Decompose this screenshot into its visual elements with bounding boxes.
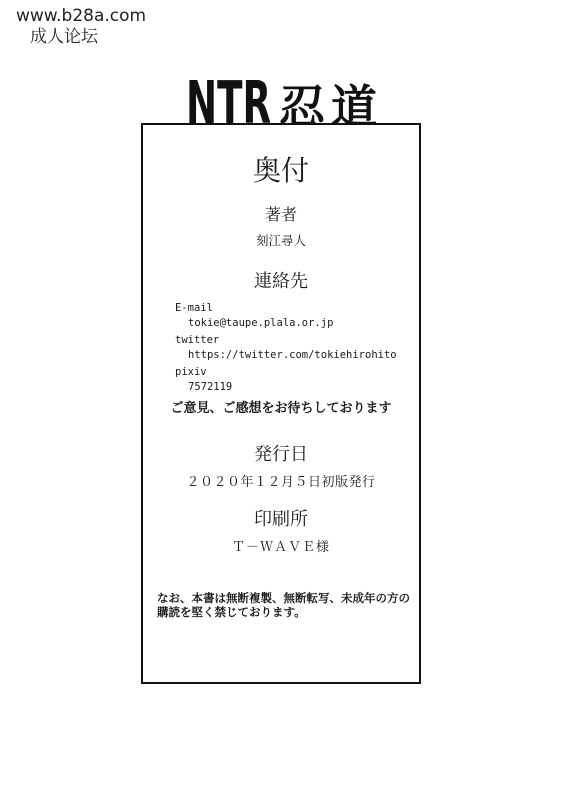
feedback-note: ご意見、ご感想をお待ちしております [143,402,419,417]
contact-item-pixiv: pixiv 7572119 [175,365,397,395]
contact-item-value: tokie@taupe.plala.or.jp [175,316,397,331]
watermark-site-url: www.b28a.com [16,6,146,27]
contact-item-label: pixiv [175,365,397,380]
contact-item-value: 7572119 [175,380,397,395]
contact-item-value: https://twitter.com/tokiehirohito [175,348,397,363]
contact-item-twitter: twitter https://twitter.com/tokiehirohit… [175,333,397,363]
author-name: 刻江尋人 [143,234,419,248]
contact-item-label: E-mail [175,301,397,316]
watermark: www.b28a.com 成人论坛 [16,6,146,48]
publication-heading: 発行日 [143,445,419,466]
contact-item-email: E-mail tokie@taupe.plala.or.jp [175,301,397,331]
publication-date: ２０２０年１２月５日初版発行 [143,476,419,491]
author-label: 著者 [143,206,419,224]
contact-item-label: twitter [175,333,397,348]
contact-heading: 連絡先 [143,272,419,293]
watermark-forum-name: 成人论坛 [16,27,146,48]
printer-name: Ｔ－ＷＡＶＥ様 [143,541,419,556]
scanned-colophon-page: www.b28a.com 成人论坛 NTR忍道 奥付 著者 刻江尋人 連絡先 E… [0,0,566,800]
disclaimer-note: なお、本書は無断複製、無断転写、未成年の方の購読を堅く禁じております。 [157,591,415,619]
contact-list: E-mail tokie@taupe.plala.or.jp twitter h… [175,301,397,397]
colophon-heading: 奥付 [143,155,419,187]
printer-heading: 印刷所 [143,510,419,531]
colophon-box: 奥付 著者 刻江尋人 連絡先 E-mail tokie@taupe.plala.… [141,123,421,684]
